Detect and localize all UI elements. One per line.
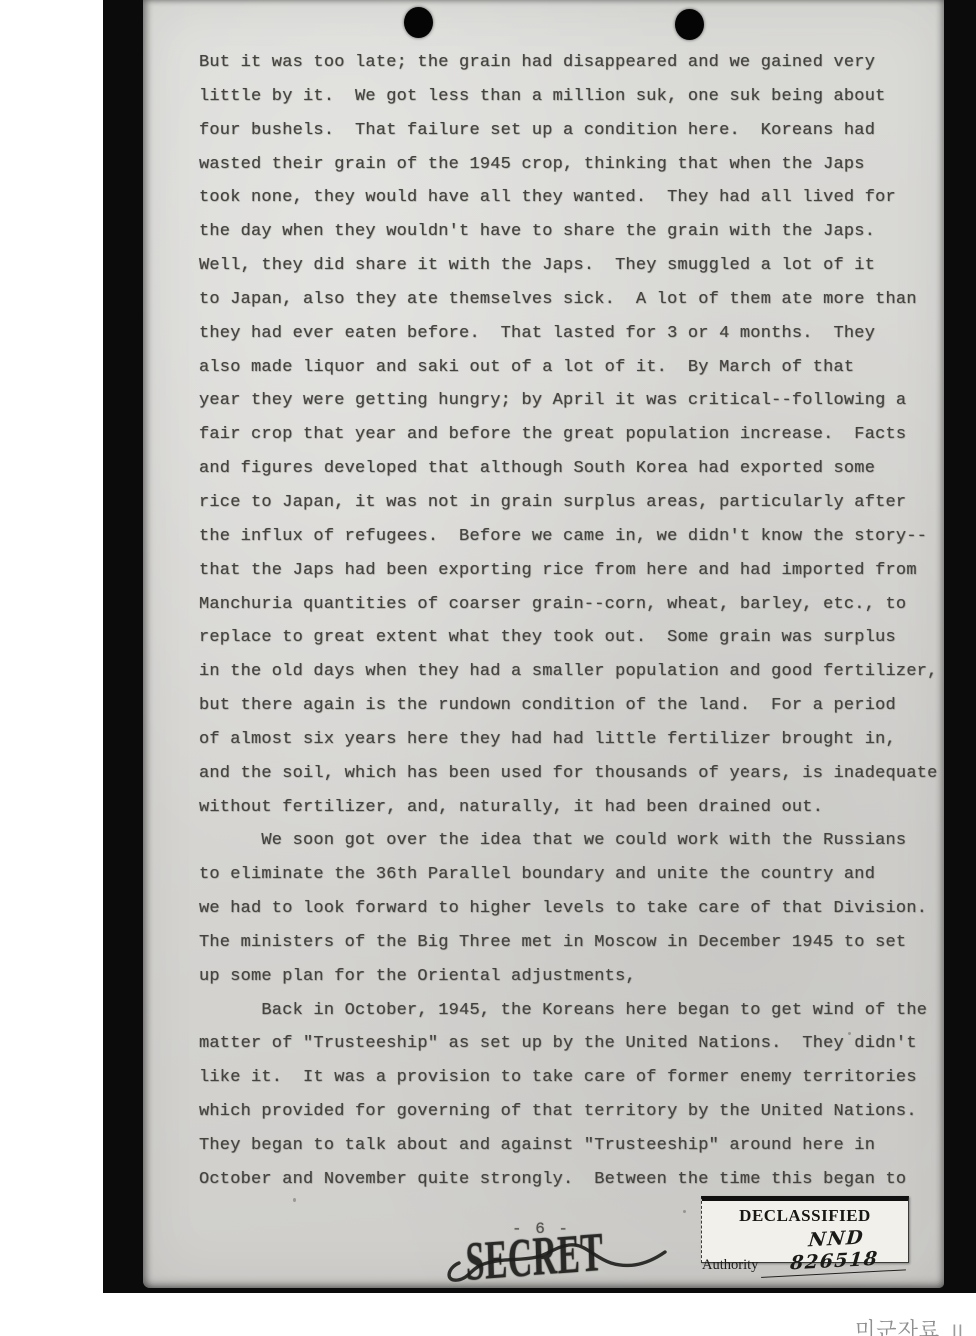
typewritten-line: rice to Japan, it was not in grain surpl…: [199, 486, 947, 520]
scan-speck: [848, 1032, 851, 1035]
typewritten-line: they had ever eaten before. That lasted …: [199, 317, 947, 351]
secret-stamp: SECRET: [465, 1224, 604, 1289]
hole-punch-left-icon: [404, 7, 433, 38]
archive-footer-caption: 미군자료 II 39: [855, 1314, 976, 1336]
typewritten-line: Manchuria quantities of coarser grain--c…: [199, 588, 947, 622]
typewritten-line: like it. It was a provision to take care…: [199, 1061, 947, 1095]
scan-speck: [293, 1198, 296, 1202]
scan-black-border: But it was too late; the grain had disap…: [103, 0, 976, 1293]
authority-label: Authority: [702, 1257, 758, 1274]
typewritten-line: the influx of refugees. Before we came i…: [199, 520, 947, 554]
typewritten-line: and figures developed that although Sout…: [199, 452, 947, 486]
typewritten-line: we had to look forward to higher levels …: [199, 892, 947, 926]
typewritten-line: little by it. We got less than a million…: [199, 80, 947, 114]
typewritten-line: We soon got over the idea that we could …: [199, 824, 947, 858]
paper-sheet: But it was too late; the grain had disap…: [143, 0, 944, 1288]
typewritten-line: Back in October, 1945, the Koreans here …: [199, 994, 947, 1028]
typewritten-line: October and November quite strongly. Bet…: [199, 1163, 947, 1197]
typewritten-line: but there again is the rundown condition…: [199, 689, 947, 723]
typewritten-line: They began to talk about and against "Tr…: [199, 1129, 947, 1163]
hole-punch-right-icon: [675, 9, 704, 40]
authority-handwritten-number: NND 826518: [761, 1224, 909, 1278]
typewritten-line: to Japan, also they ate themselves sick.…: [199, 283, 947, 317]
typewritten-line: without fertilizer, and, naturally, it h…: [199, 791, 947, 825]
typewritten-line: wasted their grain of the 1945 crop, thi…: [199, 148, 947, 182]
typewritten-line: four bushels. That failure set up a cond…: [199, 114, 947, 148]
typewritten-line: the day when they wouldn't have to share…: [199, 215, 947, 249]
typewritten-line: in the old days when they had a smaller …: [199, 655, 947, 689]
typewritten-body-text: But it was too late; the grain had disap…: [199, 46, 947, 1197]
typewritten-line: took none, they would have all they want…: [199, 181, 947, 215]
typewritten-line: that the Japs had been exporting rice fr…: [199, 554, 947, 588]
typewritten-line: replace to great extent what they took o…: [199, 621, 947, 655]
scan-speck: [683, 1210, 686, 1213]
typewritten-line: But it was too late; the grain had disap…: [199, 46, 947, 80]
typewritten-line: The ministers of the Big Three met in Mo…: [199, 926, 947, 960]
typewritten-line: Well, they did share it with the Japs. T…: [199, 249, 947, 283]
typewritten-line: and the soil, which has been used for th…: [199, 757, 947, 791]
declassified-stamp-title: DECLASSIFIED: [702, 1206, 908, 1226]
typewritten-line: also made liquor and saki out of a lot o…: [199, 351, 947, 385]
typewritten-line: fair crop that year and before the great…: [199, 418, 947, 452]
footer-series-label: 미군자료: [855, 1318, 940, 1336]
typewritten-line: which provided for governing of that ter…: [199, 1095, 947, 1129]
scanned-document-page: But it was too late; the grain had disap…: [0, 0, 976, 1336]
typewritten-line: to eliminate the 36th Parallel boundary …: [199, 858, 947, 892]
footer-volume: II: [952, 1322, 964, 1336]
declassified-stamp: DECLASSIFIED Authority NND 826518: [701, 1196, 909, 1263]
scan-speck: [255, 126, 259, 129]
typewritten-line: up some plan for the Oriental adjustment…: [199, 960, 947, 994]
typewritten-line: matter of "Trusteeship" as set up by the…: [199, 1027, 947, 1061]
typewritten-line: year they were getting hungry; by April …: [199, 384, 947, 418]
typewritten-line: of almost six years here they had had li…: [199, 723, 947, 757]
